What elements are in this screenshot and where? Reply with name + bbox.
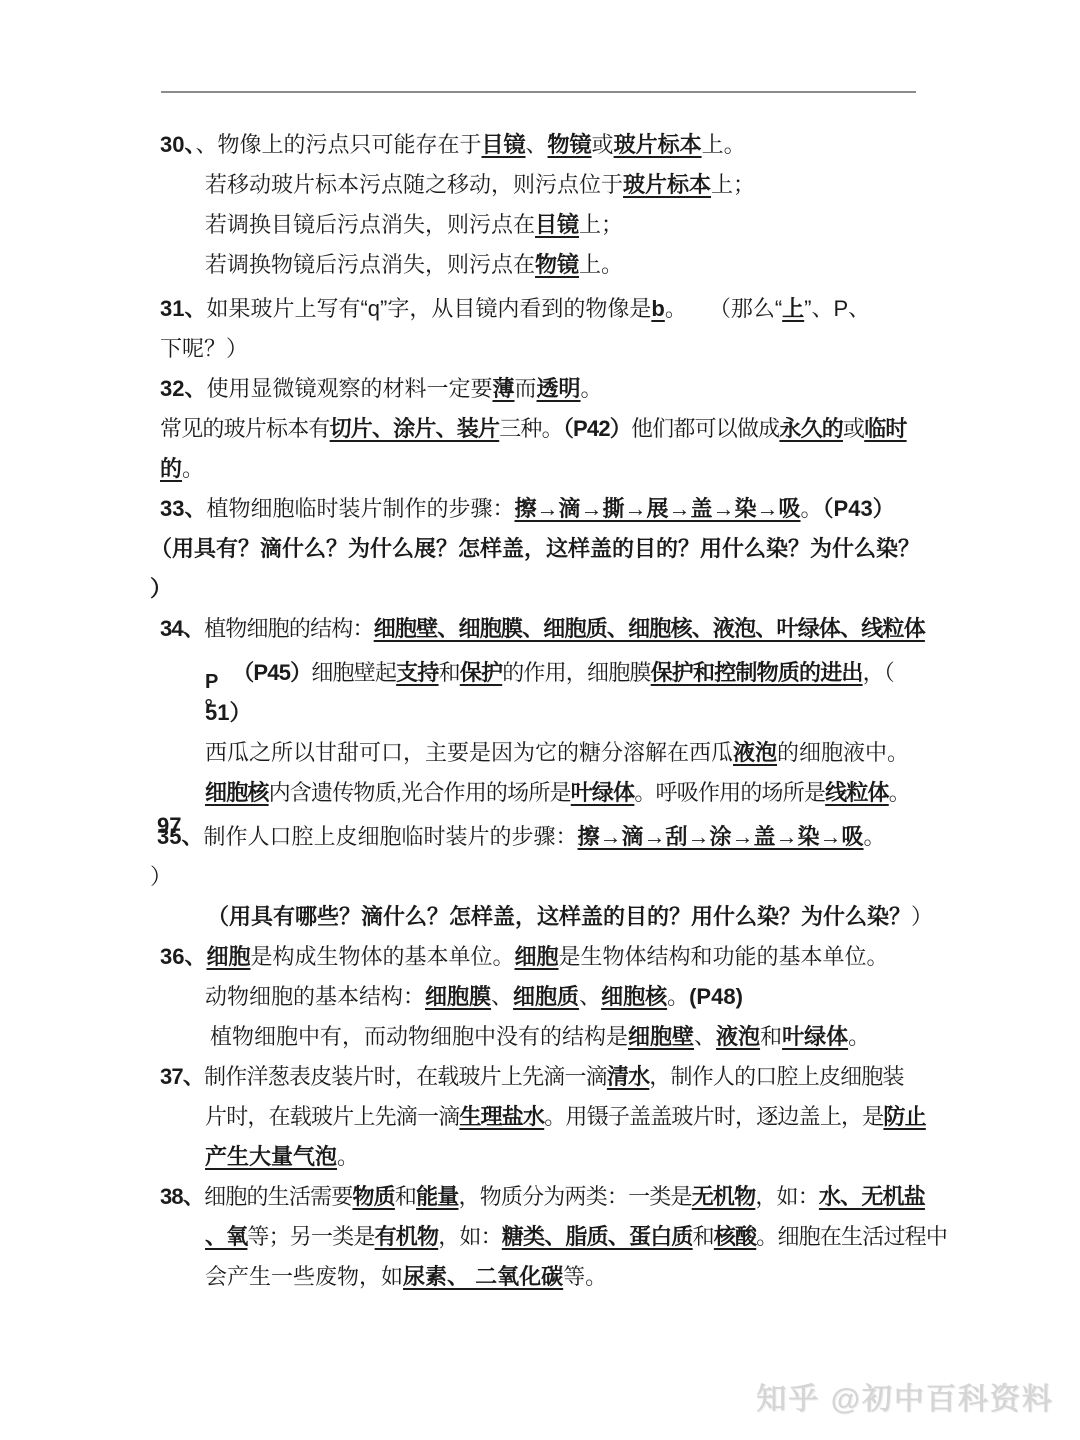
text-segment: 细胞 <box>515 944 559 969</box>
text-segment: 32、 <box>160 376 206 401</box>
text-segment: 擦→滴→刮→涂→盖→染→吸 <box>578 824 864 849</box>
text-segment: 物镜 <box>535 252 579 277</box>
doc-line: 动物细胞的基本结构：细胞膜、细胞质、细胞核。(P48) <box>0 977 1080 1017</box>
text-segment: 细胞核 <box>601 984 667 1009</box>
text-segment: 会产生一些废物，如 <box>205 1264 403 1289</box>
text-segment: 和 <box>693 1224 714 1249</box>
doc-line: 33、植物细胞临时装片制作的步骤：擦→滴→撕→展→盖→染→吸。（P43） <box>0 489 1080 529</box>
text-segment: ”、P、 <box>804 296 870 321</box>
text-segment: 叶绿体 <box>571 780 635 805</box>
doc-line: P。（P45）细胞壁起支持和保护的作用，细胞膜保护和控制物质的进出，（ <box>0 653 1080 693</box>
text-segment: 上； <box>579 212 623 237</box>
text-segment: 他们都可以做成 <box>631 416 779 441</box>
text-segment: 等。 <box>563 1264 607 1289</box>
text-segment: （P45） <box>232 660 311 685</box>
text-segment: 片时，在载玻片上先滴一滴 <box>205 1104 459 1129</box>
text-segment: 如果玻片上写有“q”字，从目镜内看到的物像是 <box>206 296 651 321</box>
header-divider <box>161 91 916 93</box>
text-segment: 。呼吸作用的场所是 <box>634 780 825 805</box>
text-segment: 动物细胞的基本结构： <box>205 984 425 1009</box>
doc-line: 38、细胞的生活需要物质和能量，物质分为两类：一类是无机物，如：水、无机盐 <box>0 1177 1080 1217</box>
doc-line: 36、细胞是构成生物体的基本单位。细胞是生物体结构和功能的基本单位。 <box>0 937 1080 977</box>
doc-line: 若移动玻片标本污点随之移动，则污点位于玻片标本上； <box>0 165 1080 205</box>
text-segment: 51） <box>205 700 251 725</box>
doc-line: 的。 <box>0 449 1080 489</box>
text-segment: 玻片标本 <box>614 132 702 157</box>
doc-line: 若调换目镜后污点消失，则污点在目镜上； <box>0 205 1080 245</box>
text-segment: 若移动玻片标本污点随之移动，则污点位于 <box>205 172 623 197</box>
text-segment: 38、 <box>160 1184 204 1209</box>
text-segment: ） <box>150 864 172 889</box>
text-segment: 西瓜之所以甘甜可口，主要是因为它的糖分溶解在西瓜 <box>205 740 733 765</box>
doc-line: 、氧等；另一类是有机物，如：糖类、脂质、蛋白质和核酸。细胞在生活过程中 <box>0 1217 1080 1257</box>
text-segment: 。用镊子盖盖玻片时，逐边盖上，是 <box>544 1104 883 1129</box>
text-segment: 上； <box>711 172 755 197</box>
text-segment: 细胞壁 <box>628 1024 694 1049</box>
text-segment: 擦→滴→撕→展→盖→染→吸 <box>515 496 801 521</box>
text-segment: ，物质分为两类：一类是 <box>459 1184 692 1209</box>
text-segment: （用具有哪些？滴什么？怎样盖，这样盖的目的？用什么染？为什么染？ <box>207 904 911 929</box>
text-segment: （P42） <box>563 416 631 441</box>
text-segment: 和 <box>760 1024 782 1049</box>
text-segment: ，制作人的口腔上皮细胞装 <box>649 1064 903 1089</box>
text-segment: 、 <box>526 132 548 157</box>
text-segment: 、 <box>694 1024 716 1049</box>
text-segment: 内含遗传物质,光合作用的场所是 <box>269 780 571 805</box>
text-segment: 液泡 <box>733 740 777 765</box>
text-segment: 水、无机盐 <box>819 1184 925 1209</box>
text-segment: 三种。 <box>499 416 563 441</box>
doc-line: 37、制作洋葱表皮装片时，在载玻片上先滴一滴清水，制作人的口腔上皮细胞装 <box>0 1057 1080 1097</box>
text-segment: 。 <box>182 456 204 481</box>
text-segment: 34、 <box>160 616 204 641</box>
doc-line: ） <box>0 569 1080 609</box>
text-segment: 尿素、 二氧化碳 <box>403 1264 563 1289</box>
text-segment: （P43） <box>823 496 895 521</box>
text-segment: 细胞膜 <box>425 984 491 1009</box>
text-segment: 物质 <box>352 1184 394 1209</box>
doc-line: 产生大量气泡。 <box>0 1137 1080 1177</box>
text-segment: （用具有？滴什么？为什么展？怎样盖，这样盖的目的？用什么染？为什么染？ <box>150 536 920 561</box>
doc-line: （用具有？滴什么？为什么展？怎样盖，这样盖的目的？用什么染？为什么染？ <box>0 529 1080 569</box>
text-segment: 31、 <box>160 296 206 321</box>
text-segment: 制作洋葱表皮装片时，在载玻片上先滴一滴 <box>204 1064 607 1089</box>
text-segment: 若调换目镜后污点消失，则污点在 <box>205 212 535 237</box>
doc-line: 34、植物细胞的结构：细胞壁、细胞膜、细胞质、细胞核、液泡、叶绿体、线粒体 <box>0 609 1080 649</box>
text-segment: 有机物 <box>375 1224 439 1249</box>
text-segment: 上 <box>782 296 804 321</box>
zhihu-watermark: 知乎 @初中百科资料 <box>756 1374 1054 1418</box>
text-segment: ） <box>150 576 172 601</box>
text-segment: 防止 <box>883 1104 925 1129</box>
text-segment: 叶绿体 <box>782 1024 848 1049</box>
text-segment: 核酸 <box>714 1224 756 1249</box>
text-segment: ） <box>911 904 933 929</box>
doc-line: 片时，在载玻片上先滴一滴生理盐水。用镊子盖盖玻片时，逐边盖上，是防止 <box>0 1097 1080 1137</box>
text-segment: 。 <box>581 376 603 401</box>
doc-line: 31、如果玻片上写有“q”字，从目镜内看到的物像是b。 （那么“上”、P、 <box>0 289 1080 329</box>
text-segment: 33、 <box>160 496 206 521</box>
text-segment: 或 <box>592 132 614 157</box>
text-segment: 细胞核 <box>205 780 269 805</box>
text-segment: 无机物 <box>692 1184 756 1209</box>
text-segment: 细胞壁起 <box>311 660 396 685</box>
doc-line: 常见的玻片标本有切片、涂片、装片三种。（P42）他们都可以做成永久的或临时 <box>0 409 1080 449</box>
text-segment: 而 <box>515 376 537 401</box>
text-segment: b <box>651 296 664 321</box>
text-segment: 能量 <box>416 1184 458 1209</box>
text-segment: 液泡 <box>716 1024 760 1049</box>
doc-line: 32、使用显微镜观察的材料一定要薄而透明。 <box>0 369 1080 409</box>
text-segment: 上。 <box>702 132 746 157</box>
doc-line: （用具有哪些？滴什么？怎样盖，这样盖的目的？用什么染？为什么染？） <box>0 897 1080 937</box>
text-segment: 清水 <box>607 1064 649 1089</box>
text-segment: 等；另一类是 <box>247 1224 374 1249</box>
doc-line: 30、、物像上的污点只可能存在于目镜、物镜或玻片标本上。 <box>0 125 1080 165</box>
text-segment: 细胞的生活需要 <box>204 1184 352 1209</box>
text-segment: 临时 <box>864 416 906 441</box>
text-segment: 、 <box>579 984 601 1009</box>
text-segment: 薄 <box>493 376 515 401</box>
text-segment: 常见的玻片标本有 <box>160 416 330 441</box>
text-segment: 。 <box>337 1144 359 1169</box>
text-segment: 生理盐水 <box>459 1104 544 1129</box>
text-segment: 。细胞在生活过程中 <box>756 1224 947 1249</box>
text-segment: 。 <box>667 984 689 1009</box>
text-segment: 30、 <box>160 132 195 157</box>
text-segment: 。 <box>848 1024 870 1049</box>
text-segment: 上。 <box>579 252 623 277</box>
text-segment: 、 <box>491 984 513 1009</box>
text-segment: 细胞质 <box>513 984 579 1009</box>
document-page: 30、、物像上的污点只可能存在于目镜、物镜或玻片标本上。若移动玻片标本污点随之移… <box>0 0 1080 1440</box>
text-segment: 。 （那么“ <box>665 296 782 321</box>
text-segment: 的细胞液中。 <box>777 740 909 765</box>
text-segment: 糖类、脂质、蛋白质 <box>502 1224 693 1249</box>
text-segment: 使用显微镜观察的材料一定要 <box>206 376 492 401</box>
text-segment: 35、 <box>157 824 203 849</box>
doc-line: ） <box>0 857 1080 897</box>
text-segment: 的 <box>160 456 182 481</box>
text-segment: 。 <box>864 824 886 849</box>
text-segment: ，（ <box>863 660 894 685</box>
text-segment: 若调换物镜后污点消失，则污点在 <box>205 252 535 277</box>
text-segment: 永久的 <box>779 416 843 441</box>
text-segment: 细胞壁、细胞膜、细胞质、细胞核、液泡、叶绿体、线粒体 <box>374 616 925 641</box>
document-body: 30、、物像上的污点只可能存在于目镜、物镜或玻片标本上。若移动玻片标本污点随之移… <box>0 125 1080 1297</box>
text-segment: 植物细胞中有，而动物细胞中没有的结构是 <box>210 1024 628 1049</box>
overlapped-text-fragment: 9735、 <box>157 817 203 857</box>
text-segment: 透明 <box>537 376 581 401</box>
doc-line: 会产生一些废物，如尿素、 二氧化碳等。 <box>0 1257 1080 1297</box>
text-segment: 、氧 <box>205 1224 247 1249</box>
text-segment: 切片、涂片、装片 <box>330 416 500 441</box>
text-segment: 植物细胞临时装片制作的步骤： <box>206 496 514 521</box>
text-segment: 是生物体结构和功能的基本单位。 <box>559 944 889 969</box>
text-segment: 保护 <box>460 660 502 685</box>
doc-line: 下呢？） <box>0 329 1080 369</box>
text-segment: 。 <box>801 496 823 521</box>
doc-line: 若调换物镜后污点消失，则污点在物镜上。 <box>0 245 1080 285</box>
text-segment: ，如： <box>755 1184 819 1209</box>
text-segment: 植物细胞的结构： <box>204 616 374 641</box>
text-segment: ，如： <box>438 1224 502 1249</box>
text-segment: 支持 <box>396 660 438 685</box>
text-segment: 目镜 <box>535 212 579 237</box>
text-segment: 是构成生物体的基本单位。 <box>251 944 515 969</box>
doc-line: 西瓜之所以甘甜可口，主要是因为它的糖分溶解在西瓜液泡的细胞液中。 <box>0 733 1080 773</box>
text-segment: 物镜 <box>548 132 592 157</box>
doc-line: 9735、制作人口腔上皮细胞临时装片的步骤：擦→滴→刮→涂→盖→染→吸。 <box>0 817 1080 857</box>
text-segment: 37、 <box>160 1064 204 1089</box>
doc-line: 植物细胞中有，而动物细胞中没有的结构是细胞壁、液泡和叶绿体。 <box>0 1017 1080 1057</box>
text-segment: 和 <box>395 1184 416 1209</box>
text-segment: 目镜 <box>482 132 526 157</box>
text-segment: 玻片标本 <box>623 172 711 197</box>
text-segment: (P48) <box>689 984 743 1009</box>
text-segment: 的作用，细胞膜 <box>502 660 650 685</box>
text-segment: 、物像上的污点只可能存在于 <box>195 132 481 157</box>
text-segment: 。 <box>889 780 910 805</box>
text-segment: 制作人口腔上皮细胞临时装片的步骤： <box>203 824 577 849</box>
text-segment: 或 <box>843 416 864 441</box>
text-segment: 下呢？） <box>160 336 248 361</box>
text-segment: 和 <box>439 660 460 685</box>
text-segment: 36、 <box>160 944 206 969</box>
text-segment: 保护和控制物质的进出 <box>651 660 863 685</box>
text-segment: 细胞 <box>206 944 250 969</box>
text-segment: 线粒体 <box>825 780 889 805</box>
doc-line: 51） <box>0 693 1080 733</box>
text-segment: 产生大量气泡 <box>205 1144 337 1169</box>
